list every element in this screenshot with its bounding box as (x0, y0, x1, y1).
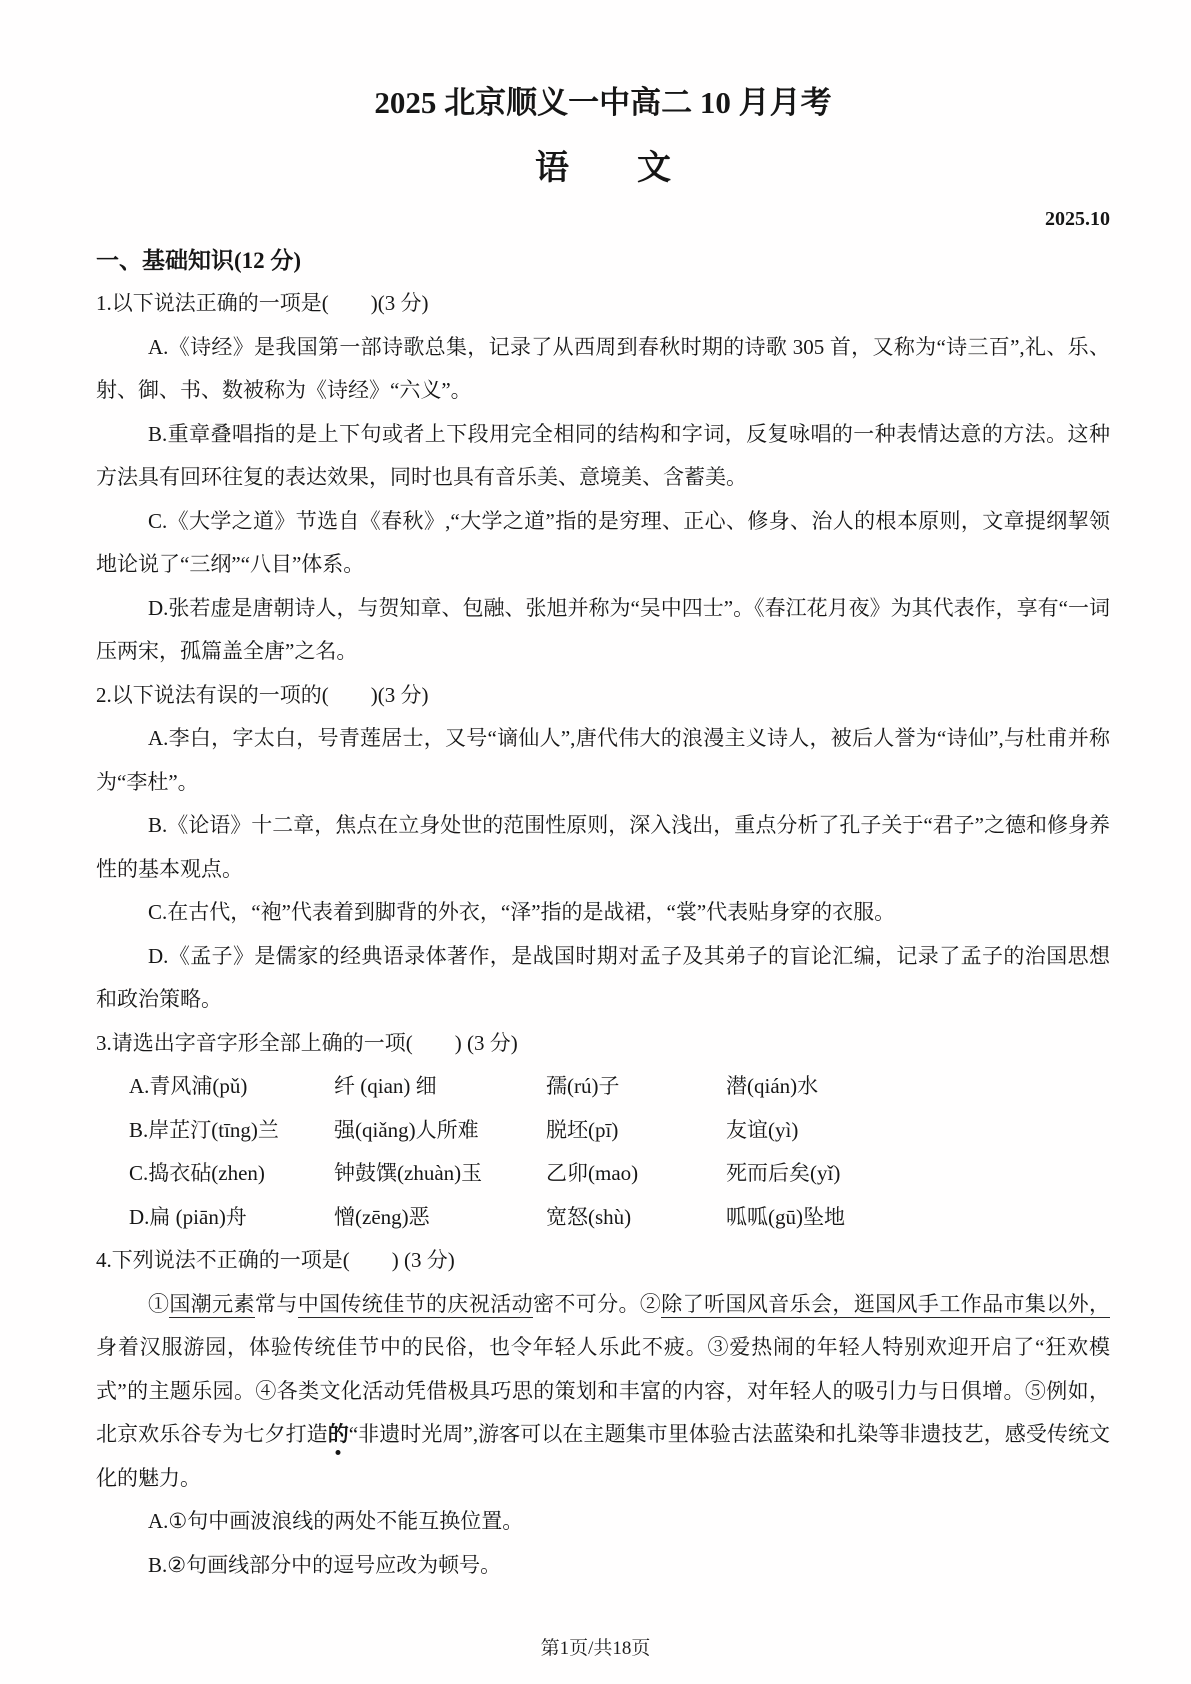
question-1-option-c: C.《大学之道》节选自《春秋》,“大学之道”指的是穷理、正心、修身、治人的根本原… (96, 500, 1110, 587)
pronunciation-item: 纤 (qian) 细 (334, 1065, 546, 1109)
page-footer: 第1页/共18页 (0, 1633, 1191, 1660)
pronunciation-item: 呱呱(gū)坠地 (726, 1196, 845, 1240)
pronunciation-item: 宽怒(shù) (546, 1196, 726, 1240)
question-block: 1.以下说法正确的一项是( )(3 分) A.《诗经》是我国第一部诗歌总集，记录… (96, 282, 1110, 1587)
subject-title: 语 文 (96, 148, 1110, 190)
question-3-stem: 3.请选出字音字形全部上确的一项( ) (3 分) (96, 1022, 1110, 1066)
question-3-option-b: B.岸芷汀(tīng)兰强(qiǎng)人所难脱坯(pī)友谊(yì) (96, 1109, 1110, 1153)
pronunciation-item: 憎(zēng)恶 (334, 1196, 546, 1240)
pronunciation-item: 脱坯(pī) (546, 1109, 726, 1153)
pronunciation-item: A.青风浦(pǔ) (129, 1065, 334, 1109)
exam-date: 2025.10 (96, 206, 1110, 232)
pronunciation-item: 强(qiǎng)人所难 (334, 1109, 546, 1153)
passage-segment: 除了听国风音乐会，逛国风手工作品市集以外， (661, 1292, 1110, 1318)
passage-segment: 常与 (255, 1292, 298, 1316)
exam-title: 2025 北京顺义一中高二 10 月月考 (96, 84, 1110, 122)
question-3-option-d: D.扁 (piān)舟憎(zēng)恶宽怒(shù)呱呱(gū)坠地 (96, 1196, 1110, 1240)
question-1-option-a: A.《诗经》是我国第一部诗歌总集，记录了从西周到春秋时期的诗歌 305 首，又称… (96, 326, 1110, 413)
pronunciation-item: 潜(qián)水 (726, 1065, 818, 1109)
pronunciation-item: B.岸芷汀(tīng)兰 (129, 1109, 334, 1153)
question-3-option-a: A.青风浦(pǔ)纤 (qian) 细孺(rú)子潜(qián)水 (96, 1065, 1110, 1109)
passage-segment: ① (148, 1292, 169, 1316)
section-heading-basics: 一、基础知识(12 分) (96, 246, 1110, 276)
page-content: 2025 北京顺义一中高二 10 月月考 语 文 2025.10 一、基础知识(… (0, 0, 1191, 1587)
pronunciation-item: 乙卯(mao) (546, 1152, 726, 1196)
pronunciation-item: D.扁 (piān)舟 (129, 1196, 334, 1240)
question-3-option-c: C.捣衣砧(zhen)钟鼓馔(zhuàn)玉乙卯(mao)死而后矣(yǐ) (96, 1152, 1110, 1196)
pronunciation-item: 死而后矣(yǐ) (726, 1152, 840, 1196)
question-2-option-a: A.李白，字太白，号青莲居士，又号“谪仙人”,唐代伟大的浪漫主义诗人，被后人誉为… (96, 717, 1110, 804)
exam-paper-page: 2025 北京顺义一中高二 10 月月考 语 文 2025.10 一、基础知识(… (0, 0, 1191, 1684)
passage-segment: 中国传统佳节的庆祝活动 (298, 1292, 533, 1318)
question-4-option-b: B.②句画线部分中的逗号应改为顿号。 (96, 1544, 1110, 1588)
pronunciation-item: 友谊(yì) (726, 1109, 798, 1153)
question-4-option-a: A.①句中画波浪线的两处不能互换位置。 (96, 1500, 1110, 1544)
pronunciation-item: 钟鼓馔(zhuàn)玉 (334, 1152, 546, 1196)
question-2-option-c: C.在古代，“袍”代表着到脚背的外衣，“泽”指的是战裙，“裳”代表贴身穿的衣服。 (96, 891, 1110, 935)
passage-segment: 密不可分。② (533, 1292, 661, 1316)
question-4-stem: 4.下列说法不正确的一项是( ) (3 分) (96, 1239, 1110, 1283)
passage-segment: 国潮元素 (169, 1292, 255, 1318)
question-2-option-b: B.《论语》十二章，焦点在立身处世的范围性原则，深入浅出，重点分析了孔子关于“君… (96, 804, 1110, 891)
question-2-option-d: D.《孟子》是儒家的经典语录体著作，是战国时期对孟子及其弟子的盲论汇编，记录了孟… (96, 935, 1110, 1022)
question-2-stem: 2.以下说法有误的一项的( )(3 分) (96, 674, 1110, 718)
pronunciation-item: 孺(rú)子 (546, 1065, 726, 1109)
question-4-passage: ①国潮元素常与中国传统佳节的庆祝活动密不可分。②除了听国风音乐会，逛国风手工作品… (96, 1283, 1110, 1501)
question-1-stem: 1.以下说法正确的一项是( )(3 分) (96, 282, 1110, 326)
question-1-option-b: B.重章叠唱指的是上下句或者上下段用完全相同的结构和字词，反复咏唱的一种表情达意… (96, 413, 1110, 500)
pronunciation-item: C.捣衣砧(zhen) (129, 1152, 334, 1196)
question-1-option-d: D.张若虚是唐朝诗人，与贺知章、包融、张旭并称为“吴中四士”。《春江花月夜》为其… (96, 587, 1110, 674)
passage-segment: 的 (328, 1422, 349, 1446)
